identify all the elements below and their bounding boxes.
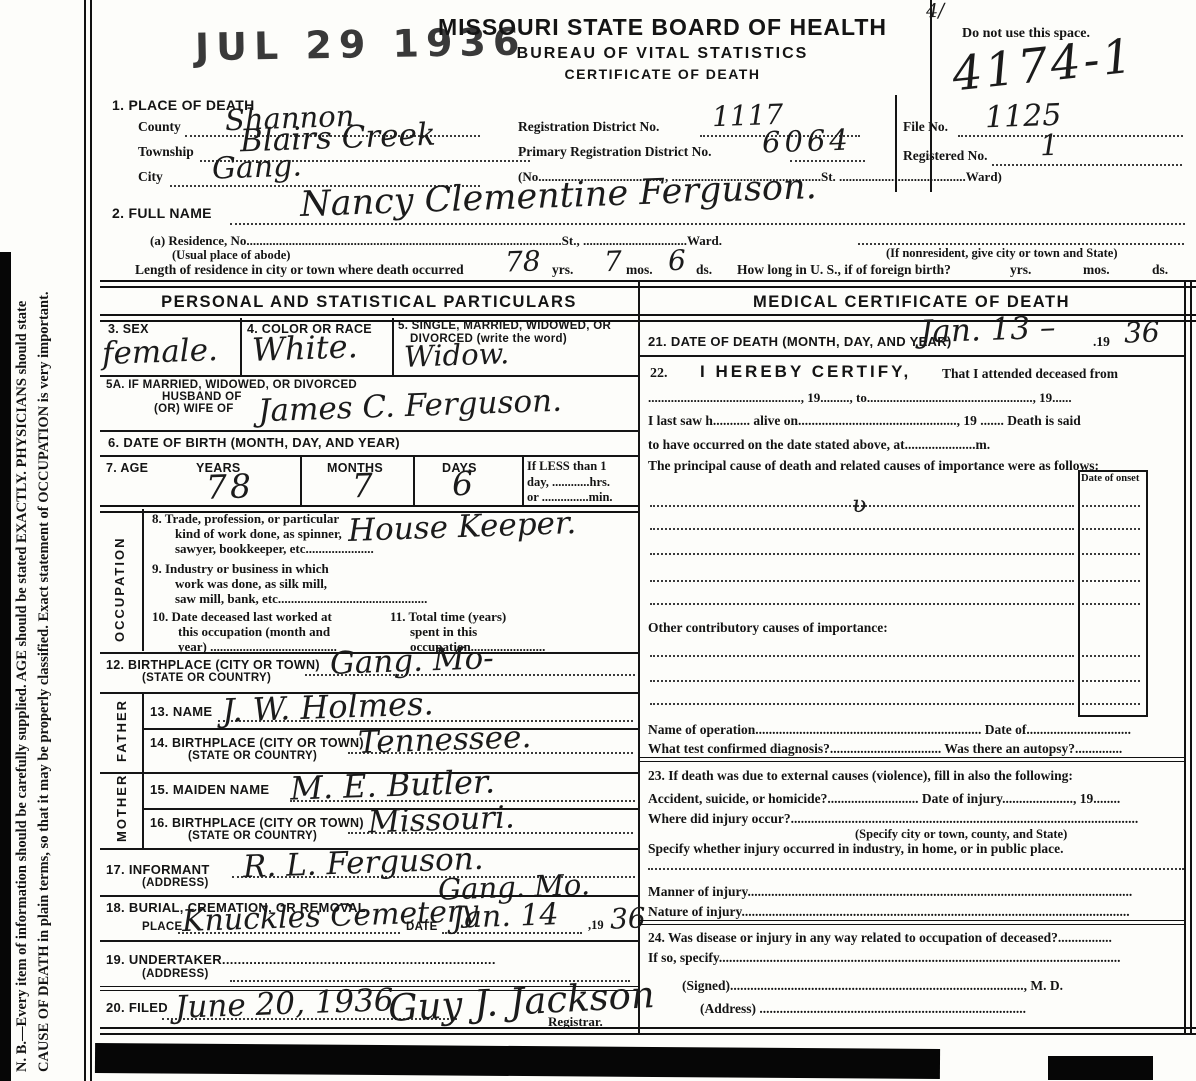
registration-district-label: Registration District No. [518, 119, 659, 135]
undertaker-address-label: (ADDRESS) [142, 968, 209, 980]
father-birthplace-value: Tennessee. [357, 719, 531, 761]
specify-city-note: (Specify city or town, county, and State… [855, 827, 1067, 842]
age-label: 7. AGE [106, 461, 148, 475]
age-days-divider [522, 455, 524, 506]
father-birthplace-label: 14. BIRTHPLACE (CITY OR TOWN) [150, 736, 364, 750]
certify-rest: That I attended deceased from [942, 366, 1118, 382]
date-of-death-label: 21. DATE OF DEATH (MONTH, DAY, AND YEAR) [648, 334, 952, 349]
birthplace-value: Gang. Mo- [329, 640, 494, 682]
occ10-line2: this occupation (month and [178, 624, 330, 640]
birthplace-sub: (STATE OR COUNTRY) [142, 672, 271, 684]
full-name-value: Nancy Clementine Ferguson. [299, 167, 817, 225]
burial-date-value: Jan. 14 [451, 897, 559, 936]
spouse-label-3: (OR) WIFE OF [154, 403, 234, 415]
right-edge-rule [1184, 280, 1192, 1035]
file-no-label: File No. [903, 119, 948, 135]
external-causes-label: 23. If death was due to external causes … [648, 768, 1073, 784]
birthplace-label: 12. BIRTHPLACE (CITY OR TOWN) [106, 658, 320, 672]
burial-year-value: 36 [609, 901, 646, 935]
burial-place-label: PLACE [142, 921, 182, 933]
other-line-2 [650, 680, 1074, 682]
nature-of-injury-line: Nature of injury........................… [648, 904, 1184, 920]
ds-label: ds. [696, 262, 712, 278]
yrs-label: yrs. [552, 262, 573, 278]
informant-label: 17. INFORMANT [106, 862, 210, 877]
pen-mark-cause: ʋ [852, 490, 868, 518]
bureau-subtitle: BUREAU OF VITAL STATISTICS [395, 45, 930, 63]
row5a-bottom-line [100, 430, 639, 432]
nonresident-blank-line [858, 243, 1184, 245]
onset-line-2 [1082, 528, 1140, 530]
mother-birthplace-sub: (STATE OR COUNTRY) [188, 830, 317, 842]
mother-side-label: MOTHER [114, 774, 129, 842]
occ8-line1: 8. Trade, profession, or particular [152, 511, 339, 527]
row21-bottom-line [639, 355, 1184, 357]
margin-note: N. B.—Every item of information should b… [14, 22, 53, 1072]
dod-year-value: 36 [1123, 315, 1160, 349]
age-years-value: 78 [205, 466, 254, 507]
foreign-ds-label: ds. [1152, 262, 1168, 278]
mother-birthplace-label: 16. BIRTHPLACE (CITY OR TOWN) [150, 816, 364, 830]
foreign-birth-label: How long in U. S., if of foreign birth? [737, 262, 951, 278]
primary-registration-value: 6064 [761, 122, 852, 159]
injury-blank-line [648, 868, 1184, 870]
mother-side-divider [142, 772, 144, 848]
occ9-line2: work was done, as silk mill, [175, 576, 327, 592]
board-title: MISSOURI STATE BOARD OF HEALTH [395, 14, 930, 41]
spouse-label-1: 5A. IF MARRIED, WIDOWED, OR DIVORCED [106, 379, 357, 391]
less-than-line1: If LESS than 1 [527, 459, 607, 474]
file-no-line [958, 135, 1183, 137]
occ8-line2: kind of work done, as spinner, [175, 526, 342, 542]
marital-value: Widow. [403, 336, 509, 374]
residence-months-value: 7 [603, 245, 622, 279]
onset-line-4 [1082, 580, 1140, 582]
address-line: (Address) ..............................… [700, 1001, 1184, 1017]
q24-line: 24. Was disease or injury in any way rel… [648, 930, 1184, 946]
foreign-mos-label: mos. [1083, 262, 1110, 278]
sex-value: female. [101, 332, 218, 372]
full-name-line [230, 223, 1185, 225]
father-birthplace-sub: (STATE OR COUNTRY) [188, 750, 317, 762]
row5-bottom-line [100, 375, 639, 377]
certify-number: 22. [650, 366, 668, 382]
mother-maiden-label: 15. MAIDEN NAME [150, 782, 269, 797]
dod-year-printed: .19 [1093, 334, 1110, 350]
abode-note: (Usual place of abode) [172, 248, 290, 263]
father-side-label: FATHER [114, 699, 129, 762]
scan-edge-bar [0, 252, 11, 1081]
occurred-line: to have occurred on the date stated abov… [648, 437, 1184, 453]
nonresident-note: (If nonresident, give city or town and S… [886, 246, 1117, 261]
certificate-subtitle: CERTIFICATE OF DEATH [395, 66, 930, 82]
registered-no-value: 1 [1039, 128, 1059, 163]
cause-line-4 [650, 580, 1074, 582]
date-of-onset-label: Date of onset [1081, 473, 1139, 484]
margin-divider-rule [84, 0, 92, 1081]
occ10-line1: 10. Date deceased last worked at [152, 609, 332, 625]
onset-line-7 [1082, 680, 1140, 682]
race-value: White. [251, 327, 358, 369]
undertaker-label: 19. UNDERTAKER..........................… [106, 952, 631, 967]
spouse-label-2: HUSBAND OF [162, 391, 242, 403]
occ9-line1: 9. Industry or business in which [152, 561, 329, 577]
registered-no-line [992, 164, 1182, 166]
where-injury-line: Where did injury occur?.................… [648, 811, 1184, 827]
certify-title: I HEREBY CERTIFY, [700, 362, 911, 382]
onset-line-5 [1082, 603, 1140, 605]
cause-line-2 [650, 528, 1074, 530]
registered-no-label: Registered No. [903, 148, 987, 164]
death-certificate-document: N. B.—Every item of information should b… [0, 0, 1196, 1081]
manner-of-injury-line: Manner of injury........................… [648, 884, 1184, 900]
residence-line: (a) Residence, No.......................… [150, 233, 855, 249]
personal-heading: PERSONAL AND STATISTICAL PARTICULARS [100, 293, 638, 312]
occupation-side-divider [142, 509, 144, 651]
bottom-rule [100, 1027, 1196, 1035]
pen-mark-corner: 4/ [926, 0, 945, 22]
other-line-3 [650, 703, 1074, 705]
section-2-label: 2. FULL NAME [112, 205, 212, 221]
father-name-label: 13. NAME [150, 704, 212, 719]
filed-label: 20. FILED [106, 1000, 168, 1015]
county-label: County [138, 119, 181, 135]
age-years-divider [300, 455, 302, 506]
filed-date-value: June 20, 1936 [174, 982, 394, 1026]
foreign-yrs-label: yrs. [1010, 262, 1031, 278]
scan-bottom-bar [95, 1043, 940, 1079]
top-section-rule [100, 280, 1196, 288]
sex-race-divider [240, 318, 242, 375]
age-months-value: 7 [351, 466, 373, 506]
occ11-line2: spent in this [410, 624, 477, 640]
informant-address-label: (ADDRESS) [142, 877, 209, 889]
length-of-residence-label: Length of residence in city or town wher… [135, 262, 464, 278]
registrar-label: Registrar. [548, 1014, 603, 1030]
last-saw-line: I last saw h........... alive on........… [648, 413, 1184, 429]
father-side-divider [142, 692, 144, 772]
burial-date-label: DATE [406, 921, 438, 933]
other-causes-label: Other contributory causes of importance: [648, 620, 888, 636]
section22-bottom-rule [639, 757, 1184, 762]
form-header: MISSOURI STATE BOARD OF HEALTH BUREAU OF… [395, 14, 930, 82]
less-than-line2: day, ............hrs. [527, 475, 610, 490]
signed-line: (Signed)................................… [682, 978, 1184, 994]
row6-bottom-line [100, 455, 639, 457]
date-of-death-value: Jan. 13 – [919, 310, 1056, 351]
onset-line-8 [1082, 703, 1140, 705]
less-than-line3: or ...............min. [527, 490, 613, 505]
row18-bottom-line [100, 940, 639, 942]
mos-label: mos. [626, 262, 653, 278]
marital-label-1: 5. SINGLE, MARRIED, WIDOWED, OR [398, 320, 611, 332]
test-line: What test confirmed diagnosis?..........… [648, 741, 1184, 757]
if-so-line: If so, specify..........................… [648, 950, 1184, 966]
scan-bottom-blot [1048, 1056, 1153, 1080]
medical-heading: MEDICAL CERTIFICATE OF DEATH [639, 293, 1184, 312]
mother-birthplace-value: Missouri. [367, 799, 515, 840]
burial-year-printed: ,19 [588, 918, 604, 933]
margin-note-line1: N. B.—Every item of information should b… [14, 22, 31, 1072]
occupation-side-label: OCCUPATION [112, 537, 127, 642]
onset-line-3 [1082, 553, 1140, 555]
cause-line-5 [650, 603, 1074, 605]
dob-label: 6. DATE OF BIRTH (MONTH, DAY, AND YEAR) [108, 435, 400, 450]
operation-line: Name of operation.......................… [648, 722, 1184, 738]
residence-days-value: 6 [667, 244, 686, 278]
onset-line-1 [1082, 505, 1140, 507]
city-value: Gang. [211, 148, 302, 186]
specify-where-line: Specify whether injury occurred in indus… [648, 841, 1064, 857]
age-days-value: 6 [451, 464, 473, 504]
age-months-divider [413, 455, 415, 506]
township-label: Township [138, 144, 194, 160]
cause-line-3 [650, 553, 1074, 555]
onset-line-6 [1082, 655, 1140, 657]
primary-registration-label: Primary Registration District No. [518, 144, 711, 160]
race-marital-divider [392, 318, 394, 375]
city-label: City [138, 169, 163, 185]
occ11-line1: 11. Total time (years) [390, 609, 506, 625]
accident-line: Accident, suicide, or homicide?.........… [648, 791, 1184, 807]
section23-bottom-rule [639, 920, 1184, 925]
residence-years-value: 78 [504, 244, 541, 278]
other-line-1 [650, 655, 1074, 657]
occ9-line3: saw mill, bank, etc.....................… [175, 591, 635, 607]
primary-registration-line [790, 160, 865, 162]
attended-line: ........................................… [648, 390, 1184, 406]
margin-note-line2: CAUSE OF DEATH in plain terms, so that i… [36, 22, 53, 1072]
